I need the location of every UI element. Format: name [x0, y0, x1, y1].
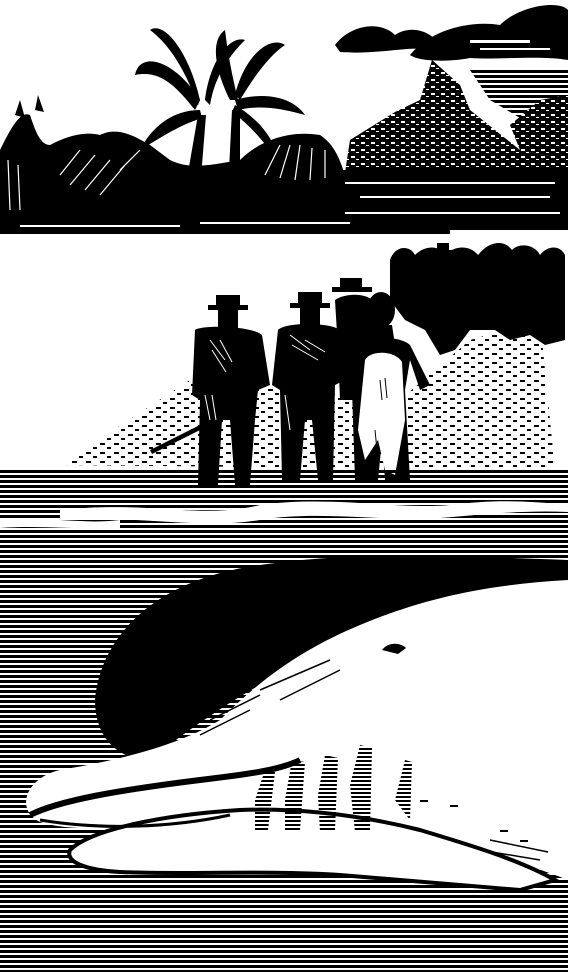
bottom-fish-scene: [0, 540, 568, 972]
woodcut-illustration: [0, 0, 568, 972]
middle-shore: [0, 243, 568, 540]
illustration-svg: [0, 0, 568, 972]
horizon-line: [0, 230, 450, 234]
top-landscape: [0, 5, 568, 234]
shoreline-water: [0, 470, 568, 540]
